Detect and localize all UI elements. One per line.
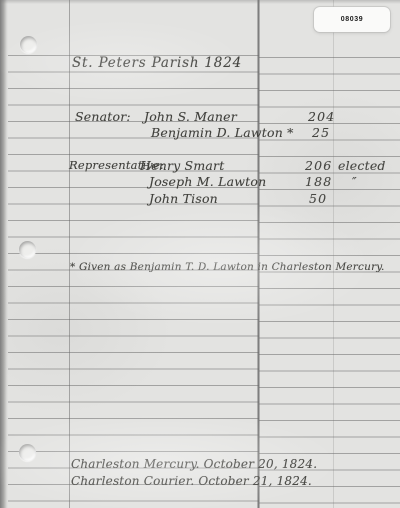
top-edge-shadow bbox=[0, 0, 400, 4]
ditto-mark: ″ bbox=[352, 176, 357, 189]
faint-column-line bbox=[333, 0, 334, 508]
page-title: St. Peters Parish 1824 bbox=[72, 57, 242, 71]
candidate-name: Benjamin D. Lawton * bbox=[151, 127, 294, 140]
center-fold-line bbox=[257, 0, 260, 508]
punch-hole-top bbox=[20, 36, 37, 53]
punch-hole-middle bbox=[19, 241, 36, 258]
scanner-edge bbox=[0, 0, 8, 508]
scanned-document-page: 08039 St. Peters Parish 1824 Senator: Jo… bbox=[0, 0, 400, 508]
office-label-senator: Senator: bbox=[75, 111, 131, 124]
source-citation: Charleston Mercury. October 20, 1824. bbox=[71, 458, 317, 470]
vote-count: 188 bbox=[305, 176, 332, 189]
punch-hole-bottom bbox=[19, 444, 36, 461]
vote-count: 25 bbox=[312, 127, 330, 140]
footnote: * Given as Benjamin T. D. Lawton in Char… bbox=[70, 262, 385, 273]
vote-count: 204 bbox=[308, 111, 335, 124]
archive-number-sticker: 08039 bbox=[314, 7, 390, 32]
vote-count: 206 bbox=[305, 160, 332, 173]
source-citation: Charleston Courier. October 21, 1824. bbox=[71, 475, 312, 487]
candidate-name: John S. Maner bbox=[144, 111, 237, 124]
vote-count: 50 bbox=[309, 193, 327, 206]
result-remark: elected bbox=[338, 160, 386, 173]
archive-number-label: 08039 bbox=[341, 16, 363, 23]
candidate-name: Joseph M. Lawton bbox=[149, 176, 266, 189]
candidate-name: Henry Smart bbox=[140, 160, 224, 173]
candidate-name: John Tison bbox=[149, 193, 218, 206]
margin-rule-line bbox=[69, 0, 70, 508]
